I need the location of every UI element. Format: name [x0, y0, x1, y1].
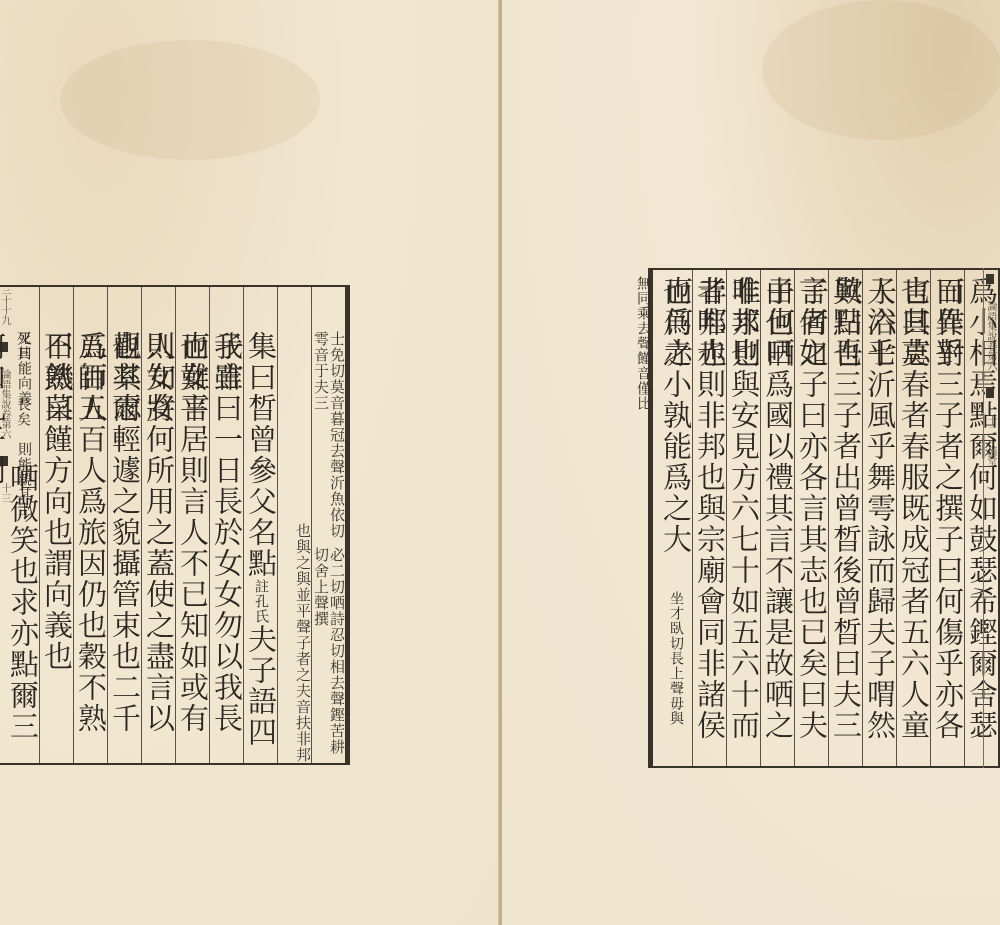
- fishtail-mark-icon: [986, 388, 994, 398]
- right-text-block: 爲小相焉點爾何如鼓瑟希鏗爾舍瑟而作對 曰異乎三子者之撰子曰何傷乎亦各言其志 也曰…: [648, 268, 1000, 768]
- inline-note: 無同乘去聲饉音僅比: [635, 276, 651, 411]
- annotation-column-2: 子者之夫音扶非邦 也與之與並平聲: [277, 287, 311, 763]
- inline-note: 則能親其上: [16, 442, 32, 517]
- left-text-block: 必二切哂詩忍切相去聲鏗苦耕切舍上聲撰 士免切莫音暮冠去聲沂魚依切雩音于夫三 子者…: [0, 285, 350, 765]
- left-page: 三十十九 論語集說卷第六 十三 必二切哂詩忍切相去聲鏗苦耕切舍上聲撰 士免切莫音…: [0, 0, 500, 925]
- text-column: 集曰晳曾參父名點註孔氏夫子語四子言: [243, 287, 277, 763]
- right-page-edge-label: 論語集說卷第六 十二 漢堂: [983, 268, 998, 768]
- inline-note: 坐才臥切長上聲毋與: [668, 591, 684, 726]
- edge-book-title: 論語集說卷第六: [985, 301, 996, 371]
- annotation-line-right: 子者之夫音扶非邦: [295, 635, 311, 763]
- annotation-line-left: 也與之與並平聲: [295, 523, 311, 635]
- paper-stain: [60, 40, 320, 160]
- paper-stain: [762, 0, 1000, 140]
- fishtail-mark-icon: [986, 274, 994, 284]
- inline-note: 又曰能向義: [16, 331, 32, 406]
- annotation-line-left: 士免切莫音暮冠去聲沂魚依切雩音于夫三: [329, 331, 345, 547]
- right-page: 爲小相焉點爾何如鼓瑟希鏗爾舍瑟而作對 曰異乎三子者之撰子曰何傷乎亦各言其志 也曰…: [502, 0, 1000, 925]
- main-text: 集曰晳曾參父名點: [244, 331, 278, 579]
- inline-note: 註孔氏: [253, 579, 269, 624]
- annotation-column-1: 必二切哂詩忍切相去聲鏗苦耕切舍上聲撰 士免切莫音暮冠去聲沂魚依切雩音于夫三: [311, 287, 345, 763]
- edge-publisher-mark: 漢堂: [985, 446, 996, 466]
- annotation-line-right: 必二切哂詩忍切相去聲鏗苦耕切舍上聲撰: [329, 547, 345, 763]
- edge-leaf-number: 十二: [985, 415, 996, 435]
